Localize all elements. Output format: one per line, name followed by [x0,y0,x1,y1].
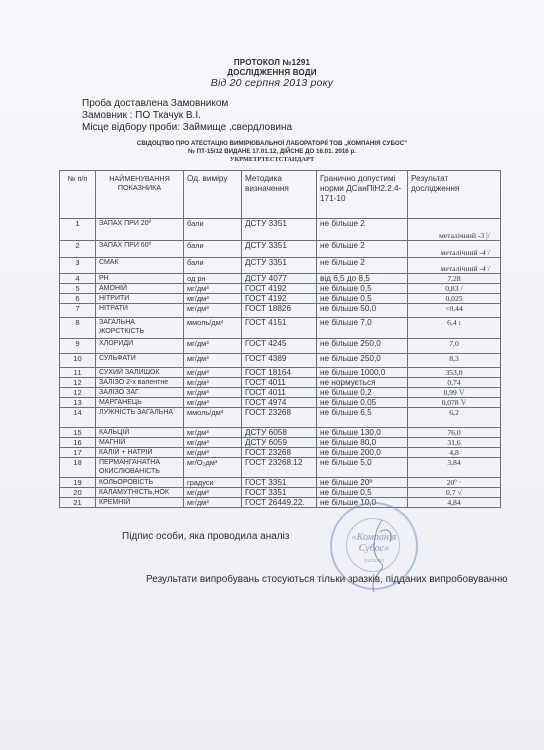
result: 8,3 [408,354,501,368]
results-table: № п/п НАЙМЕНУВАННЯ ПОКАЗНИКА Од. виміру … [59,170,501,508]
result-text: 0,74 [447,378,460,387]
check-mark-icon: / [488,264,490,273]
result-text: 0,7 [446,488,456,497]
unit: од рн [184,274,242,284]
limit-text: не більше 2 [320,258,365,267]
limit: не більше 2 [317,219,408,241]
result-text: металічний -4 [441,248,486,257]
limit: не більше 250,0 [317,354,408,368]
method-text: ГОСТ 3351 [245,488,286,497]
table-row: 4PHод рнДСТУ 4077від 6,5 до 8,57,28 [60,274,501,284]
sampling-place: Місце відбору проби: Займище ,свердловин… [82,122,292,134]
limit-text: не більше 20º [320,478,372,487]
table-row: 19КОЛЬОРОВІСТЬградусиГОСТ 3351не більше … [60,478,501,488]
indicator-name: НІТРАТИ [96,304,184,318]
limit: не більше 0,05 [317,398,408,408]
customer: Замовник : ПО Ткачук В.І. [82,110,201,122]
method: ДСТУ 3351 [242,258,317,274]
method-text: ДСТУ 6059 [245,438,287,447]
indicator-name-text: МАГНІЙ [99,439,125,446]
row-number-text: 14 [73,408,81,417]
unit: ммоль/дм³ [184,318,242,339]
result: 353,0 [408,368,501,378]
indicator-name: МАРГАНЕЦЬ [96,398,184,408]
method: ГОСТ 4974 [242,398,317,408]
unit: мг/дм³ [184,284,242,294]
indicator-name: КАЛАМУТНІСТЬ,НОК [96,488,184,498]
limit: не більше 250,0 [317,339,408,354]
indicator-name-text: СМАК [99,259,119,266]
indicator-name: ЗАЛІЗО ЗАГ. [96,388,184,398]
indicator-name: ЗАЛІЗО 2-х валентне [96,378,184,388]
result-text: 3,84 [447,458,460,467]
limit-text: не більше 0,5 [320,488,372,497]
method: ГОСТ 4011 [242,378,317,388]
row-number-text: 16 [73,438,81,447]
method-text: ГОСТ 3351 [245,478,286,487]
table-row: 2ЗАПАХ ПРИ 60ºбалиДСТУ 3351не більше 2ме… [60,241,501,258]
unit: бали [184,241,242,258]
row-number: 12 [60,388,96,398]
disclaimer: Результати випробувань стосуються тільки… [146,574,507,585]
table-row: 5АМОНІЙмг/дм³ГОСТ 4192не більше 0,50,83/ [60,284,501,294]
row-number-text: 9 [75,339,79,348]
limit-text: не більше 200,0 [320,448,381,457]
unit: бали [184,219,242,241]
limit-text: не більше 250,0 [320,354,381,363]
unit-text: мг/дм³ [187,398,209,407]
indicator-name: ЗАГАЛЬНА ЖОРСТКІСТЬ [96,318,184,339]
unit: мг/дм³ [184,398,242,408]
unit-text: мг/дм³ [187,304,209,313]
table-row: 20КАЛАМУТНІСТЬ,НОКмг/дм³ГОСТ 3351не біль… [60,488,501,498]
method-text: ГОСТ 23268.12 [245,458,302,467]
indicator-name: ЗАПАХ ПРИ 20º [96,219,184,241]
row-number: 2 [60,241,96,258]
table-row: 17КАЛІЙ + НАТРІЙмг/дм³ГОСТ 23268не більш… [60,448,501,458]
limit-text: не більше 5,0 [320,458,372,467]
row-number: 6 [60,294,96,304]
row-number: 20 [60,488,96,498]
document-date: Від 20 серпня 2013 року [0,77,544,89]
table-row: 12ЗАЛІЗО ЗАГ.мг/дм³ГОСТ 4011не більше 0,… [60,388,501,398]
result-text: 7,0 [449,339,459,348]
result-text: 4,8 [449,448,459,457]
row-number: 11 [60,368,96,378]
row-number: 19 [60,478,96,488]
indicator-name: PH [96,274,184,284]
limit: не більше 5,0 [317,458,408,478]
indicator-name: ЛУЖНІСТЬ ЗАГАЛЬНА [96,408,184,428]
table-row: 9 ХЛОРИДИмг/дм³ГОСТ 4245не більше 250,07… [60,339,501,354]
indicator-name: КОЛЬОРОВІСТЬ [96,478,184,488]
row-number-text: 8 [75,318,79,327]
check-mark-icon: · [459,478,462,487]
row-number-text: 19 [73,478,81,487]
row-number: 8 [60,318,96,339]
col-header-number: № п/п [60,171,96,219]
method-text: ГОСТ 26449.22. [245,498,305,507]
unit-text: ммоль/дм³ [187,408,223,417]
table-row: 15КАЛЬЦІЙмг/дм³ДСТУ 6058не більше 130,07… [60,428,501,438]
limit: не більше 0,5 [317,294,408,304]
row-number: 18 [60,458,96,478]
result-text: 0,99 [443,388,456,397]
method: ГОСТ 4389 [242,354,317,368]
indicator-name-text: НІТРИТИ [99,295,129,302]
result-text: 6,2 [449,408,459,417]
result-text: 20º [447,478,457,487]
method-text: ГОСТ 4151 [245,318,286,327]
table-row: 10СУЛЬФАТИмг/дм³ГОСТ 4389не більше 250,0… [60,354,501,368]
result-text: металічний -4 [441,264,486,273]
unit: мг/О₂дм³ [184,458,242,478]
result: 0,025 [408,294,501,304]
method: ГОСТ 18164 [242,368,317,378]
row-number-text: 5 [75,284,79,293]
indicator-name-text: КАЛЬЦІЙ [99,429,129,436]
limit-text: не більше 0,2 [320,388,372,397]
limit-text: не більше 250,0 [320,339,381,348]
method-text: ГОСТ 18826 [245,304,291,313]
method: ГОСТ 4011 [242,388,317,398]
unit: ммоль/дм³ [184,408,242,428]
unit: бали [184,258,242,274]
method-text: ГОСТ 23268 [245,408,291,417]
indicator-name: ХЛОРИДИ [96,339,184,354]
result: металічний -4/ [408,258,501,274]
row-number: 3 [60,258,96,274]
unit-text: мг/дм³ [187,339,209,348]
row-number: 9 [60,339,96,354]
limit: не нормується [317,378,408,388]
limit-text: не більше 0,5 [320,284,372,293]
indicator-name-text: КАЛАМУТНІСТЬ,НОК [99,489,169,496]
unit: мг/дм³ [184,294,242,304]
limit-text: не більше 130,0 [320,428,381,437]
limit: не більше 80,0 [317,438,408,448]
table-row: 16МАГНІЙмг/дм³ДСТУ 6059не більше 80,031,… [60,438,501,448]
method: ГОСТ 3351 [242,478,317,488]
result-text: 6,4 [447,318,457,327]
method-text: ДСТУ 3351 [245,219,287,228]
result-text: 7,28 [447,274,460,283]
result-text: 4,84 [447,498,460,507]
row-number: 12 [60,378,96,388]
limit-text: не більше 2 [320,241,365,250]
row-number: 17 [60,448,96,458]
row-number: 15 [60,428,96,438]
method: ГОСТ 3351 [242,488,317,498]
table-row: 11СУХИЙ ЗАЛИШОКмг/дм³ГОСТ 18164не більше… [60,368,501,378]
limit: не більше 2 [317,258,408,274]
unit-text: мг/О₂дм³ [187,458,217,467]
row-number-text: 10 [73,354,81,363]
indicator-name: СУЛЬФАТИ [96,354,184,368]
limit: не більше 130,0 [317,428,408,438]
method: ГОСТ 23268 [242,448,317,458]
unit-text: мг/дм³ [187,294,209,303]
indicator-name-text: ЗАПАХ ПРИ 20º [99,220,151,227]
method: ДСТУ 3351 [242,241,317,258]
row-number-text: 11 [74,368,82,377]
indicator-name-text: ЗАЛІЗО ЗАГ. [99,389,140,396]
check-mark-icon: V [459,388,465,397]
limit: не більше 0,5 [317,284,408,294]
limit-text: від 6,5 до 8,5 [320,274,370,283]
row-number: 4 [60,274,96,284]
unit-text: мг/дм³ [187,378,209,387]
indicator-name-text: ЗАЛІЗО 2-х валентне [99,379,168,386]
method: ДСТУ 6058 [242,428,317,438]
unit-text: ммоль/дм³ [187,318,223,327]
result: 6,2 [408,408,501,428]
row-number: 7 [60,304,96,318]
result-text: металічний -3 [439,231,484,240]
unit-text: мг/дм³ [187,438,209,447]
indicator-name: МАГНІЙ [96,438,184,448]
unit: мг/дм³ [184,498,242,508]
result-text: 0,025 [445,294,462,303]
result: 4,8 [408,448,501,458]
row-number-text: 3 [75,258,79,267]
unit: мг/дм³ [184,304,242,318]
table-row: 13МАРГАНЕЦЬмг/дм³ГОСТ 4974не більше 0,05… [60,398,501,408]
limit: від 6,5 до 8,5 [317,274,408,284]
limit-text: не нормується [320,378,376,387]
unit: мг/дм³ [184,368,242,378]
certificate-issuer: УКРМЕТРТЕСТСТАНДАРТ [0,156,544,164]
unit-text: бали [187,219,204,228]
limit: не більше 1000,0 [317,368,408,378]
indicator-name-text: КАЛІЙ + НАТРІЙ [99,449,153,456]
indicator-name-text: ХЛОРИДИ [99,340,133,347]
limit-text: не більше 50,0 [320,304,376,313]
result-text: 353,0 [445,368,462,377]
method: ГОСТ 23268.12 [242,458,317,478]
result-text: 31,6 [447,438,460,447]
row-number-text: 17 [73,448,81,457]
method-text: ГОСТ 4192 [245,294,286,303]
result: 7,0 [408,339,501,354]
col-header-result: Результат дослідження [408,171,501,219]
row-number: 14 [60,408,96,428]
row-number-text: 13 [73,398,81,407]
result: 0,078V [408,398,501,408]
limit-text: не більше 0,05 [320,398,376,407]
result: 6,4ı [408,318,501,339]
table-row: 18ПЕРМАНГАНАТНА ОКИСЛЮВАНІСТЬмг/О₂дм³ГОС… [60,458,501,478]
method-text: ГОСТ 4011 [245,388,286,397]
unit: мг/дм³ [184,339,242,354]
indicator-name: КАЛЬЦІЙ [96,428,184,438]
method: ГОСТ 23268 [242,408,317,428]
method-text: ГОСТ 18164 [245,368,291,377]
indicator-name: ПЕРМАНГАНАТНА ОКИСЛЮВАНІСТЬ [96,458,184,478]
row-number: 21 [60,498,96,508]
table-row: 12ЗАЛІЗО 2-х валентнемг/дм³ГОСТ 4011не н… [60,378,501,388]
row-number: 16 [60,438,96,448]
unit-text: мг/дм³ [187,368,209,377]
indicator-name-text: PH [99,275,109,282]
result: 7,28 [408,274,501,284]
method-text: ДСТУ 4077 [245,274,287,283]
result: 76,0 [408,428,501,438]
method: ГОСТ 26449.22. [242,498,317,508]
method-text: ДСТУ 6058 [245,428,287,437]
indicator-name-text: ЛУЖНІСТЬ ЗАГАЛЬНА [99,409,173,416]
table-row: 8ЗАГАЛЬНА ЖОРСТКІСТЬммоль/дм³ГОСТ 4151не… [60,318,501,339]
unit: мг/дм³ [184,438,242,448]
method: ГОСТ 4192 [242,284,317,294]
unit: мг/дм³ [184,354,242,368]
method: ГОСТ 4245 [242,339,317,354]
method: ГОСТ 4151 [242,318,317,339]
row-number: 10 [60,354,96,368]
indicator-name: СУХИЙ ЗАЛИШОК [96,368,184,378]
unit-text: мг/дм³ [187,354,209,363]
method-text: ГОСТ 4245 [245,339,286,348]
row-number-text: 12 [73,388,81,397]
check-mark-icon: ı [459,318,461,327]
method-text: ГОСТ 4389 [245,354,286,363]
certificate-line-2: № ПТ-15/12 ВИДАНЕ 17.01.12, ДІЙСНЕ ДО 16… [0,148,544,156]
method-text: ДСТУ 3351 [245,241,287,250]
indicator-name: ЗАПАХ ПРИ 60º [96,241,184,258]
table-row: 7НІТРАТИмг/дм³ГОСТ 18826не більше 50,0<0… [60,304,501,318]
indicator-name-text: СУЛЬФАТИ [99,355,136,362]
indicator-name-text: НІТРАТИ [99,305,128,312]
table-row: 14ЛУЖНІСТЬ ЗАГАЛЬНАммоль/дм³ГОСТ 23268не… [60,408,501,428]
method-text: ДСТУ 3351 [245,258,287,267]
signature-label: Підпис особи, яка проводила аналіз [122,531,289,542]
indicator-name-text: ЗАПАХ ПРИ 60º [99,242,151,249]
unit: мг/дм³ [184,388,242,398]
row-number-text: 21 [73,498,81,507]
indicator-name-text: КРЕМНІЙ [99,499,130,506]
result-text: 8,3 [449,354,459,363]
check-mark-icon: |/ [486,231,490,240]
method: ДСТУ 3351 [242,219,317,241]
unit-text: бали [187,241,204,250]
result: 31,6 [408,438,501,448]
check-mark-icon: / [461,284,463,293]
result: 3,84 [408,458,501,478]
unit-text: мг/дм³ [187,388,209,397]
row-number-text: 6 [75,294,79,303]
method: ДСТУ 4077 [242,274,317,284]
indicator-name-text: СУХИЙ ЗАЛИШОК [99,369,160,376]
result: металічний -4/ [408,241,501,258]
limit: не більше 0,5 [317,488,408,498]
result: 0,74 [408,378,501,388]
limit: не більше 6,5 [317,408,408,428]
col-header-indicator: НАЙМЕНУВАННЯ ПОКАЗНИКА [96,171,184,219]
row-number-text: 7 [75,304,79,313]
result: 20º· [408,478,501,488]
check-mark-icon: / [488,248,490,257]
unit-text: мг/дм³ [187,284,209,293]
indicator-name: СМАК [96,258,184,274]
unit-text: од рн [187,274,206,283]
col-header-limit: Гранично допустимі норми ДСанПіН2.2.4-17… [317,171,408,219]
limit-text: не більше 6,5 [320,408,372,417]
signature-scribble [360,512,410,602]
limit: не більше 200,0 [317,448,408,458]
unit: мг/дм³ [184,488,242,498]
method-text: ГОСТ 4974 [245,398,286,407]
unit: мг/дм³ [184,428,242,438]
limit: не більше 7,0 [317,318,408,339]
result: 4,84 [408,498,501,508]
limit-text: не більше 80,0 [320,438,376,447]
document-subtitle: ДОСЛІДЖЕННЯ ВОДИ [0,68,544,77]
indicator-name: АМОНІЙ [96,284,184,294]
certificate-line-1: СВІДОЦТВО ПРО АТЕСТАЦІЮ ВИМІРЮВАЛЬНОЇ ЛА… [0,140,544,148]
unit: градуси [184,478,242,488]
sample-delivered: Проба доставлена Замовником [82,98,228,110]
document-title: ПРОТОКОЛ №1291 [0,58,544,67]
limit-text: не більше 0,5 [320,294,372,303]
method-text: ГОСТ 4192 [245,284,286,293]
result: 0,99V [408,388,501,398]
method: ДСТУ 6059 [242,438,317,448]
unit-text: мг/дм³ [187,488,209,497]
row-number-text: 12 [73,378,81,387]
limit-text: не більше 7,0 [320,318,372,327]
col-header-unit: Од. виміру [184,171,242,219]
unit-text: мг/дм³ [187,428,209,437]
limit: не більше 50,0 [317,304,408,318]
limit: не більше 0,2 [317,388,408,398]
row-number: 1 [60,219,96,241]
unit-text: мг/дм³ [187,448,209,457]
row-number: 13 [60,398,96,408]
check-mark-icon: √ [458,488,462,497]
row-number-text: 2 [75,241,79,250]
row-number-text: 15 [73,428,81,437]
method-text: ГОСТ 4011 [245,378,286,387]
unit-text: бали [187,258,204,267]
unit: мг/дм³ [184,448,242,458]
indicator-name-text: АМОНІЙ [99,285,127,292]
row-number: 5 [60,284,96,294]
limit-text: не більше 2 [320,219,365,228]
method: ГОСТ 18826 [242,304,317,318]
indicator-name-text: КОЛЬОРОВІСТЬ [99,479,153,486]
indicator-name: КАЛІЙ + НАТРІЙ [96,448,184,458]
result-text: <0,44 [445,304,463,313]
unit: мг/дм³ [184,378,242,388]
table-row: 6НІТРИТИмг/дм³ГОСТ 4192не більше 0,50,02… [60,294,501,304]
table-row: 3СМАКбалиДСТУ 3351не більше 2металічний … [60,258,501,274]
indicator-name: НІТРИТИ [96,294,184,304]
col-header-method: Методика визначення [242,171,317,219]
unit-text: мг/дм³ [187,498,209,507]
limit-text: не більше 1000,0 [320,368,385,377]
table-row: 1ЗАПАХ ПРИ 20ºбалиДСТУ 3351не більше 2ме… [60,219,501,241]
check-mark-icon: V [461,398,467,407]
result: 0,83/ [408,284,501,294]
indicator-name-text: ПЕРМАНГАНАТНА ОКИСЛЮВАНІСТЬ [99,459,160,475]
table-row: 21КРЕМНІЙмг/дм³ГОСТ 26449.22.не більше 1… [60,498,501,508]
indicator-name-text: МАРГАНЕЦЬ [99,399,142,406]
row-number-text: 1 [75,219,79,228]
row-number-text: 20 [73,488,81,497]
indicator-name: КРЕМНІЙ [96,498,184,508]
result-text: 0,83 [445,284,458,293]
result: металічний -3|/ [408,219,501,241]
